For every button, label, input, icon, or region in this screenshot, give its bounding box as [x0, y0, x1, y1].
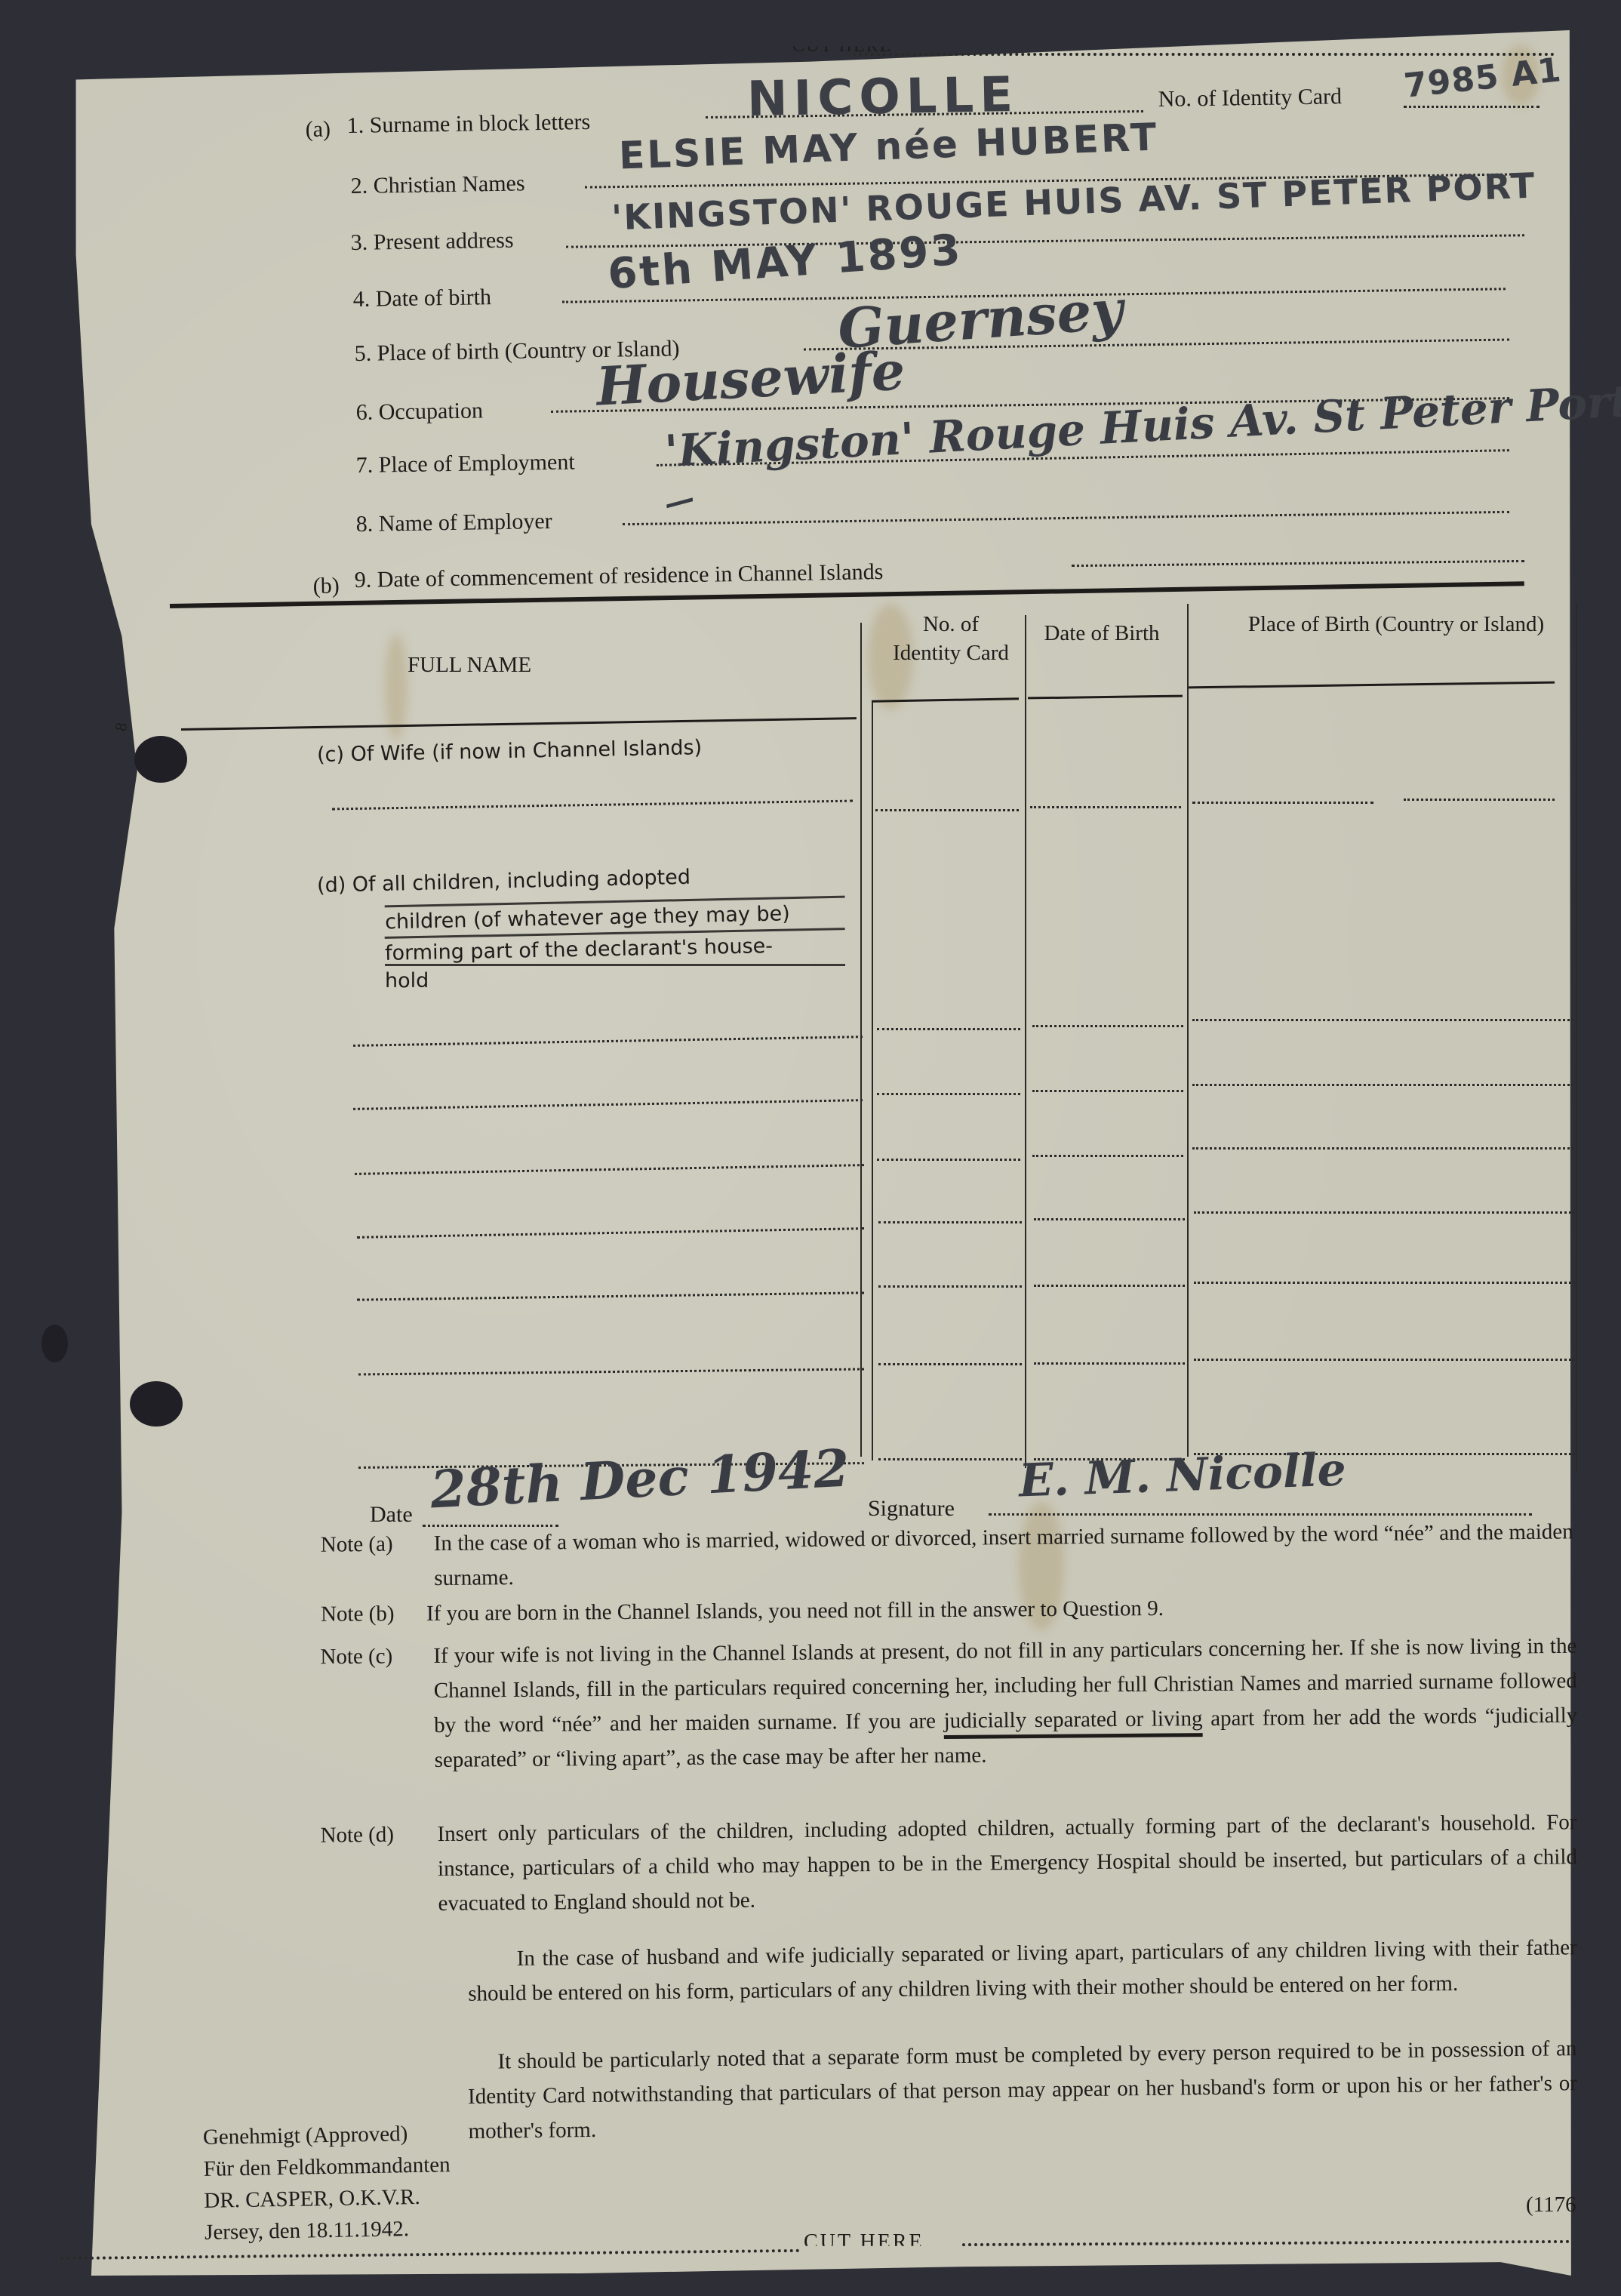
- child-identity-card-field[interactable]: [877, 1028, 1020, 1030]
- note-d: Note (d) Insert only particulars of the …: [320, 1805, 1577, 1922]
- child-date-of-birth-field[interactable]: [1032, 1025, 1183, 1027]
- form-number: (1176: [1526, 2193, 1576, 2218]
- child-date-of-birth-field[interactable]: [1034, 1218, 1185, 1220]
- header-date-of-birth: Date of Birth: [1041, 619, 1162, 648]
- wife-place-of-birth-field-2[interactable]: [1404, 799, 1555, 801]
- child-date-of-birth-field[interactable]: [1034, 1285, 1185, 1287]
- header-place-of-birth: Place of Birth (Country or Island): [1238, 610, 1555, 639]
- column-divider: [1187, 604, 1189, 1457]
- column-divider: [1025, 615, 1026, 1468]
- child-place-of-birth-field[interactable]: [1194, 1359, 1575, 1361]
- edge-tear: [42, 1325, 68, 1362]
- note-c-underlined: judicially separated or living: [943, 1707, 1202, 1733]
- present-address-label: 3. Present address: [350, 228, 513, 256]
- wife-date-of-birth-field[interactable]: [1030, 806, 1181, 808]
- children-label-line: hold: [385, 964, 845, 993]
- place-of-employment-label: 7. Place of Employment: [355, 449, 574, 479]
- signature-label: Signature: [868, 1496, 955, 1522]
- note-c-body: If your wife is not living in the Channe…: [433, 1629, 1578, 1777]
- child-identity-card-field[interactable]: [877, 1093, 1020, 1095]
- child-identity-card-field[interactable]: [878, 1285, 1022, 1288]
- occupation-label: 6. Occupation: [355, 398, 483, 426]
- cut-line-top: [853, 53, 1555, 56]
- note-a-tag: Note (a): [321, 1527, 393, 1562]
- note-a: Note (a) In the case of a woman who is m…: [321, 1514, 1574, 1596]
- approval-block: Genehmigt (Approved) Für den Feldkommand…: [203, 2117, 452, 2248]
- section-a-prefix: (a): [305, 116, 331, 143]
- children-label-line: children (of whatever age they may be): [385, 896, 846, 934]
- children-label-line: forming part of the declarant's house-: [385, 928, 846, 965]
- child-date-of-birth-field[interactable]: [1032, 1090, 1183, 1092]
- punch-hole: [130, 1381, 183, 1427]
- stain: [385, 634, 408, 740]
- column-divider: [872, 702, 873, 1460]
- approval-line: Für den Feldkommandanten: [203, 2149, 451, 2185]
- section-b-prefix: (b): [312, 573, 340, 599]
- child-place-of-birth-field[interactable]: [1194, 1282, 1575, 1284]
- child-identity-card-field[interactable]: [878, 1221, 1022, 1223]
- column-divider: [1576, 604, 1577, 1472]
- note-a-text: In the case of a woman who is married, w…: [434, 1514, 1574, 1596]
- header-identity-card: No. of Identity Card: [890, 610, 1011, 667]
- date-label: Date: [370, 1502, 413, 1528]
- note-d-tag: Note (d): [320, 1817, 394, 1853]
- child-place-of-birth-field[interactable]: [1192, 1084, 1573, 1086]
- identity-card-label: No. of Identity Card: [1158, 84, 1342, 112]
- child-date-of-birth-field[interactable]: [1032, 1155, 1183, 1157]
- approval-line: DR. CASPER, O.K.V.R.: [204, 2181, 451, 2217]
- identity-card-field[interactable]: [1404, 106, 1539, 108]
- wife-place-of-birth-field[interactable]: [1192, 802, 1373, 804]
- column-divider: [860, 623, 862, 1457]
- child-place-of-birth-field[interactable]: [1194, 1211, 1575, 1214]
- margin-mark: 8: [111, 721, 132, 732]
- header-full-name: FULL NAME: [408, 651, 531, 679]
- child-identity-card-field[interactable]: [878, 1363, 1022, 1365]
- surname-value: NICOLLE: [746, 67, 1019, 128]
- note-c-tag: Note (c): [320, 1639, 392, 1674]
- surname-label: 1. Surname in block letters: [346, 109, 590, 139]
- wife-identity-card-field[interactable]: [875, 809, 1019, 811]
- note-d-text: Insert only particulars of the children,…: [437, 1805, 1577, 1921]
- note-b-tag: Note (b): [321, 1596, 395, 1632]
- approval-line: Jersey, den 18.11.1942.: [205, 2212, 452, 2248]
- child-identity-card-field[interactable]: [877, 1159, 1020, 1161]
- name-of-employer-label: 8. Name of Employer: [355, 509, 552, 537]
- date-of-birth-label: 4. Date of birth: [352, 285, 491, 312]
- note-paragraph-separate-form: It should be particularly noted that a s…: [467, 2031, 1578, 2149]
- punch-hole: [134, 736, 187, 783]
- approval-line: Genehmigt (Approved): [203, 2117, 451, 2153]
- children-label-line: (d) Of all children, including adopted: [317, 862, 846, 897]
- children-row-label: (d) Of all children, including adopted c…: [317, 868, 845, 993]
- note-c: Note (c) If your wife is not living in t…: [320, 1629, 1578, 1779]
- christian-names-label: 2. Christian Names: [350, 171, 524, 199]
- child-place-of-birth-field[interactable]: [1192, 1019, 1573, 1021]
- child-identity-card-field[interactable]: [878, 1458, 1022, 1460]
- child-place-of-birth-field[interactable]: [1192, 1147, 1573, 1150]
- note-paragraph-separation: In the case of husband and wife judicial…: [468, 1930, 1578, 2011]
- child-date-of-birth-field[interactable]: [1034, 1362, 1185, 1365]
